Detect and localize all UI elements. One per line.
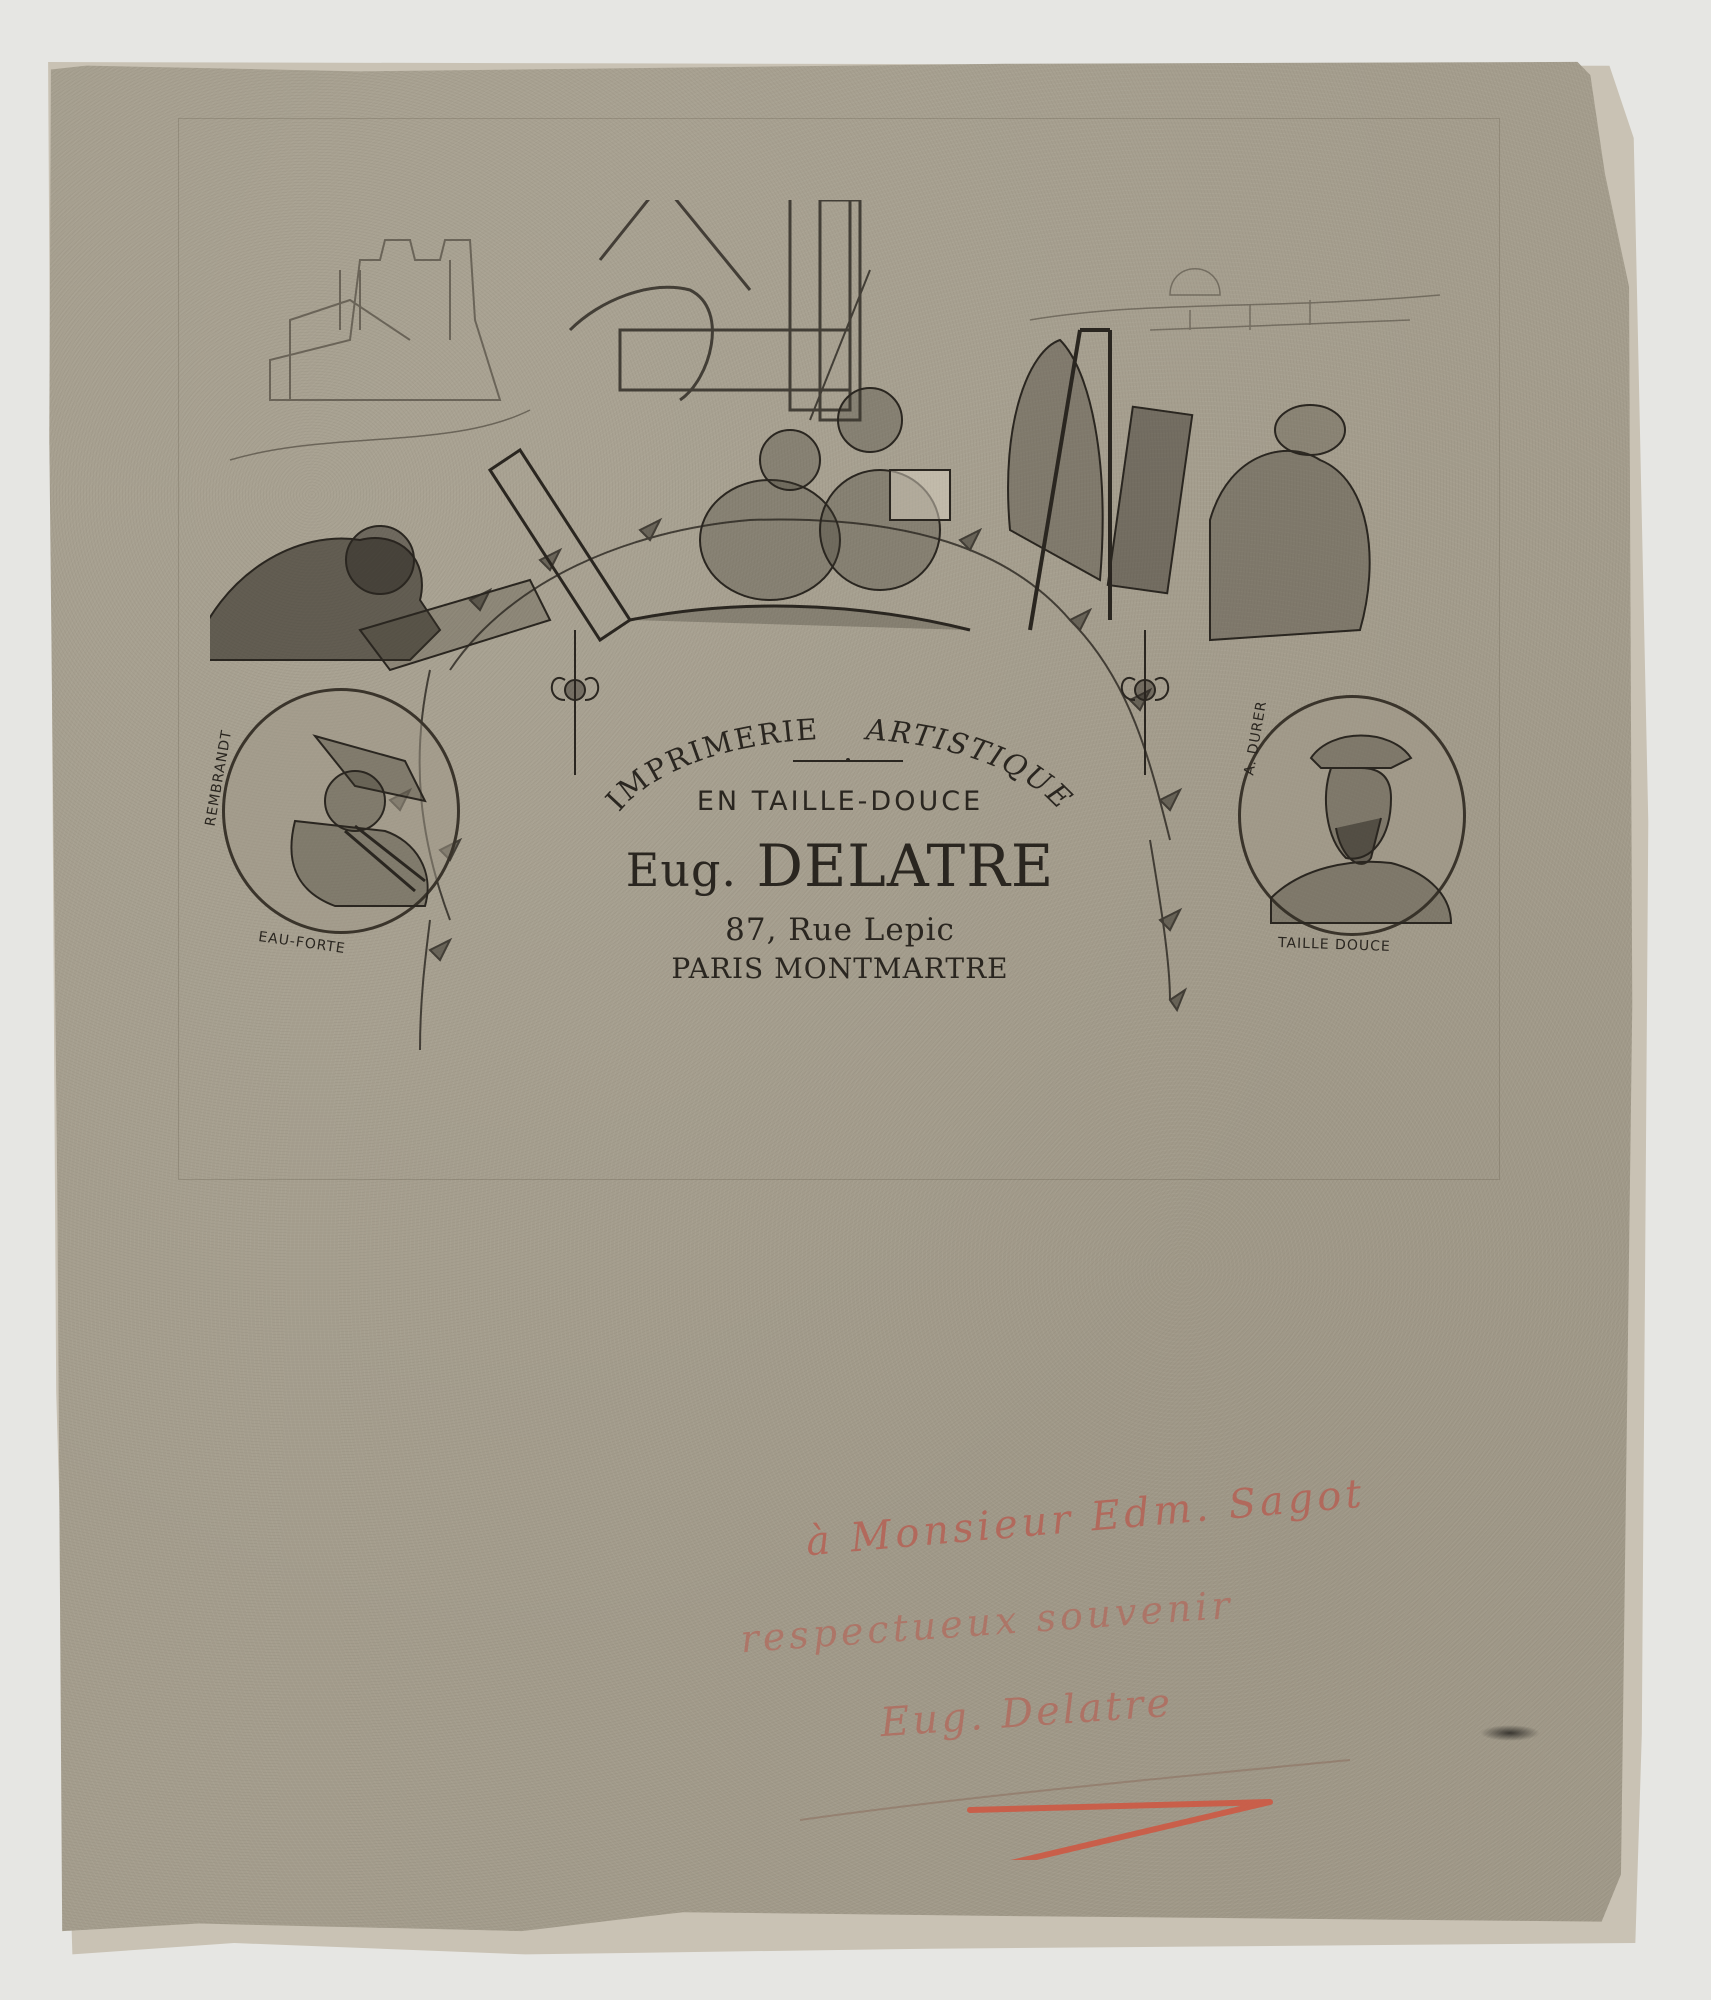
painter-figure: [1210, 451, 1370, 640]
medallion-durer: [1238, 695, 1466, 936]
rembrandt-portrait: [225, 691, 457, 931]
printer-name: Eug. DELATRE: [560, 832, 1120, 900]
name-prefix: Eug.: [626, 843, 737, 897]
technique-line: EN TAILLE-DOUCE: [560, 786, 1120, 817]
ink-smudge: [1480, 1725, 1540, 1741]
signature-paraph: [790, 1740, 1350, 1860]
press-lever: [600, 200, 750, 290]
arc-heading: IMPRIMERIE ARTISTIQUE: [560, 700, 1120, 840]
city-line: PARIS MONTMARTRE: [560, 952, 1120, 985]
letterhead-text: IMPRIMERIE ARTISTIQUE EN TAILLE-DOUCE Eu…: [560, 700, 1120, 1000]
cap: [1311, 736, 1411, 769]
cathedral-sketch: [270, 240, 500, 400]
medallion-rembrandt: [222, 688, 460, 934]
street-address: 87, Rue Lepic: [560, 912, 1120, 948]
durer-portrait: [1241, 698, 1463, 933]
city-skyline: [1030, 269, 1440, 330]
putti-group: [630, 388, 970, 630]
harp: [1008, 340, 1103, 580]
canvas: [1108, 407, 1192, 594]
name-surname: DELATRE: [756, 832, 1054, 900]
ornamental-divider: [793, 760, 903, 762]
